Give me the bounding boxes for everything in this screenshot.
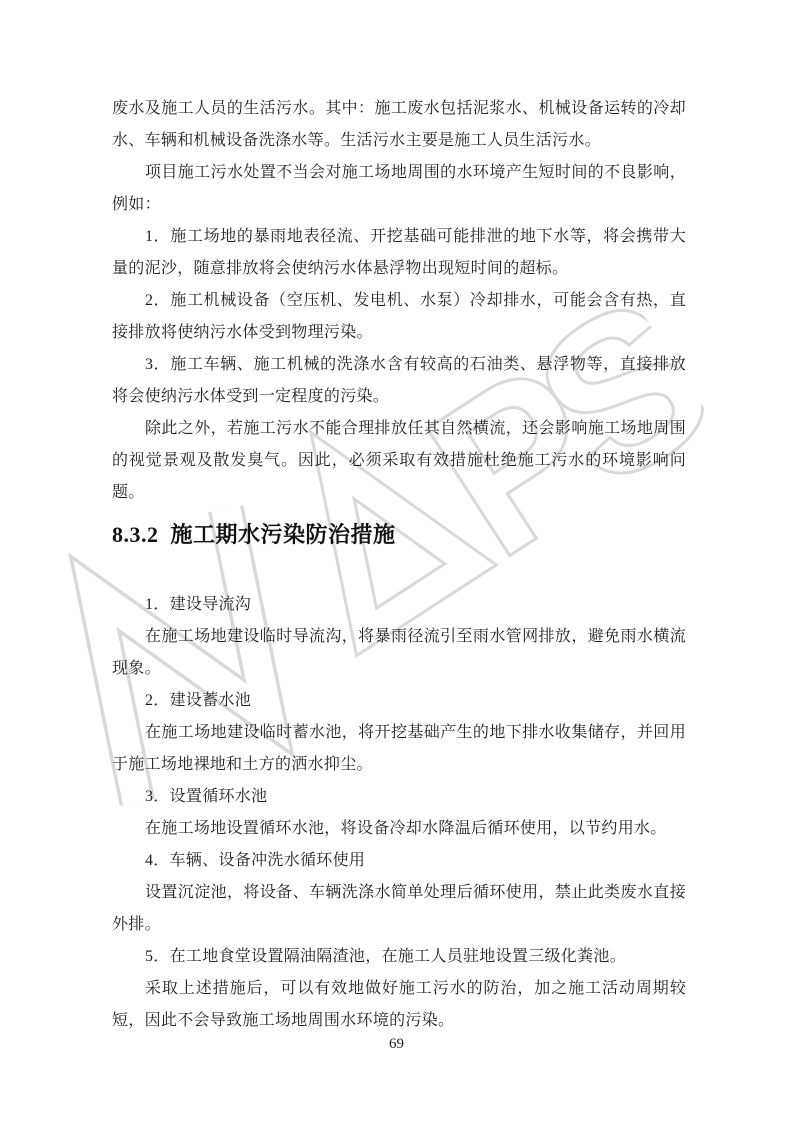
measure-4-body: 设置沉淀池，将设备、车辆洗涤水简单处理后循环使用，禁止此类废水直接外排。 — [112, 877, 686, 941]
section-heading: 8.3.2施工期水污染防治措施 — [112, 520, 686, 550]
measure-5-title: 5．在工地食堂设置隔油隔渣池，在施工人员驻地设置三级化粪池。 — [112, 941, 686, 973]
page-body: 废水及施工人员的生活污水。其中：施工废水包括泥浆水、机械设备运转的冷却水、车辆和… — [112, 93, 686, 1037]
paragraph-conclusion: 除此之外，若施工污水不能合理排放任其自然横流，还会影响施工场地周围的视觉景观及散… — [112, 413, 686, 509]
document-page: P S 废水及施工人员的生活污水。其中：施工废水包括泥浆水、机械设备运转的冷却水… — [0, 0, 793, 1122]
measure-1-title: 1．建设导流沟 — [112, 589, 686, 621]
page-number: 69 — [0, 1036, 793, 1053]
measure-4-title: 4．车辆、设备冲洗水循环使用 — [112, 845, 686, 877]
measure-3-body: 在施工场地设置循环水池，将设备冷却水降温后循环使用，以节约用水。 — [112, 813, 686, 845]
impact-item-2: 2．施工机械设备（空压机、发电机、水泵）冷却排水，可能会含有热，直接排放将使纳污… — [112, 285, 686, 349]
measure-2-body: 在施工场地建设临时蓄水池，将开挖基础产生的地下排水收集储存，并回用于施工场地裸地… — [112, 717, 686, 781]
paragraph-summary: 采取上述措施后，可以有效地做好施工污水的防治，加之施工活动周期较短，因此不会导致… — [112, 973, 686, 1037]
measure-3-title: 3．设置循环水池 — [112, 781, 686, 813]
impact-item-3: 3．施工车辆、施工机械的洗涤水含有较高的石油类、悬浮物等，直接排放将会使纳污水体… — [112, 349, 686, 413]
paragraph-intro: 项目施工污水处置不当会对施工场地周围的水环境产生短时间的不良影响，例如： — [112, 157, 686, 221]
impact-item-1: 1．施工场地的暴雨地表径流、开挖基础可能排泄的地下水等，将会携带大量的泥沙，随意… — [112, 221, 686, 285]
section-number: 8.3.2 — [112, 522, 159, 547]
measure-2-title: 2．建设蓄水池 — [112, 685, 686, 717]
measure-1-body: 在施工场地建设临时导流沟，将暴雨径流引至雨水管网排放，避免雨水横流现象。 — [112, 621, 686, 685]
paragraph-continuation: 废水及施工人员的生活污水。其中：施工废水包括泥浆水、机械设备运转的冷却水、车辆和… — [112, 93, 686, 157]
section-title: 施工期水污染防治措施 — [171, 522, 396, 547]
